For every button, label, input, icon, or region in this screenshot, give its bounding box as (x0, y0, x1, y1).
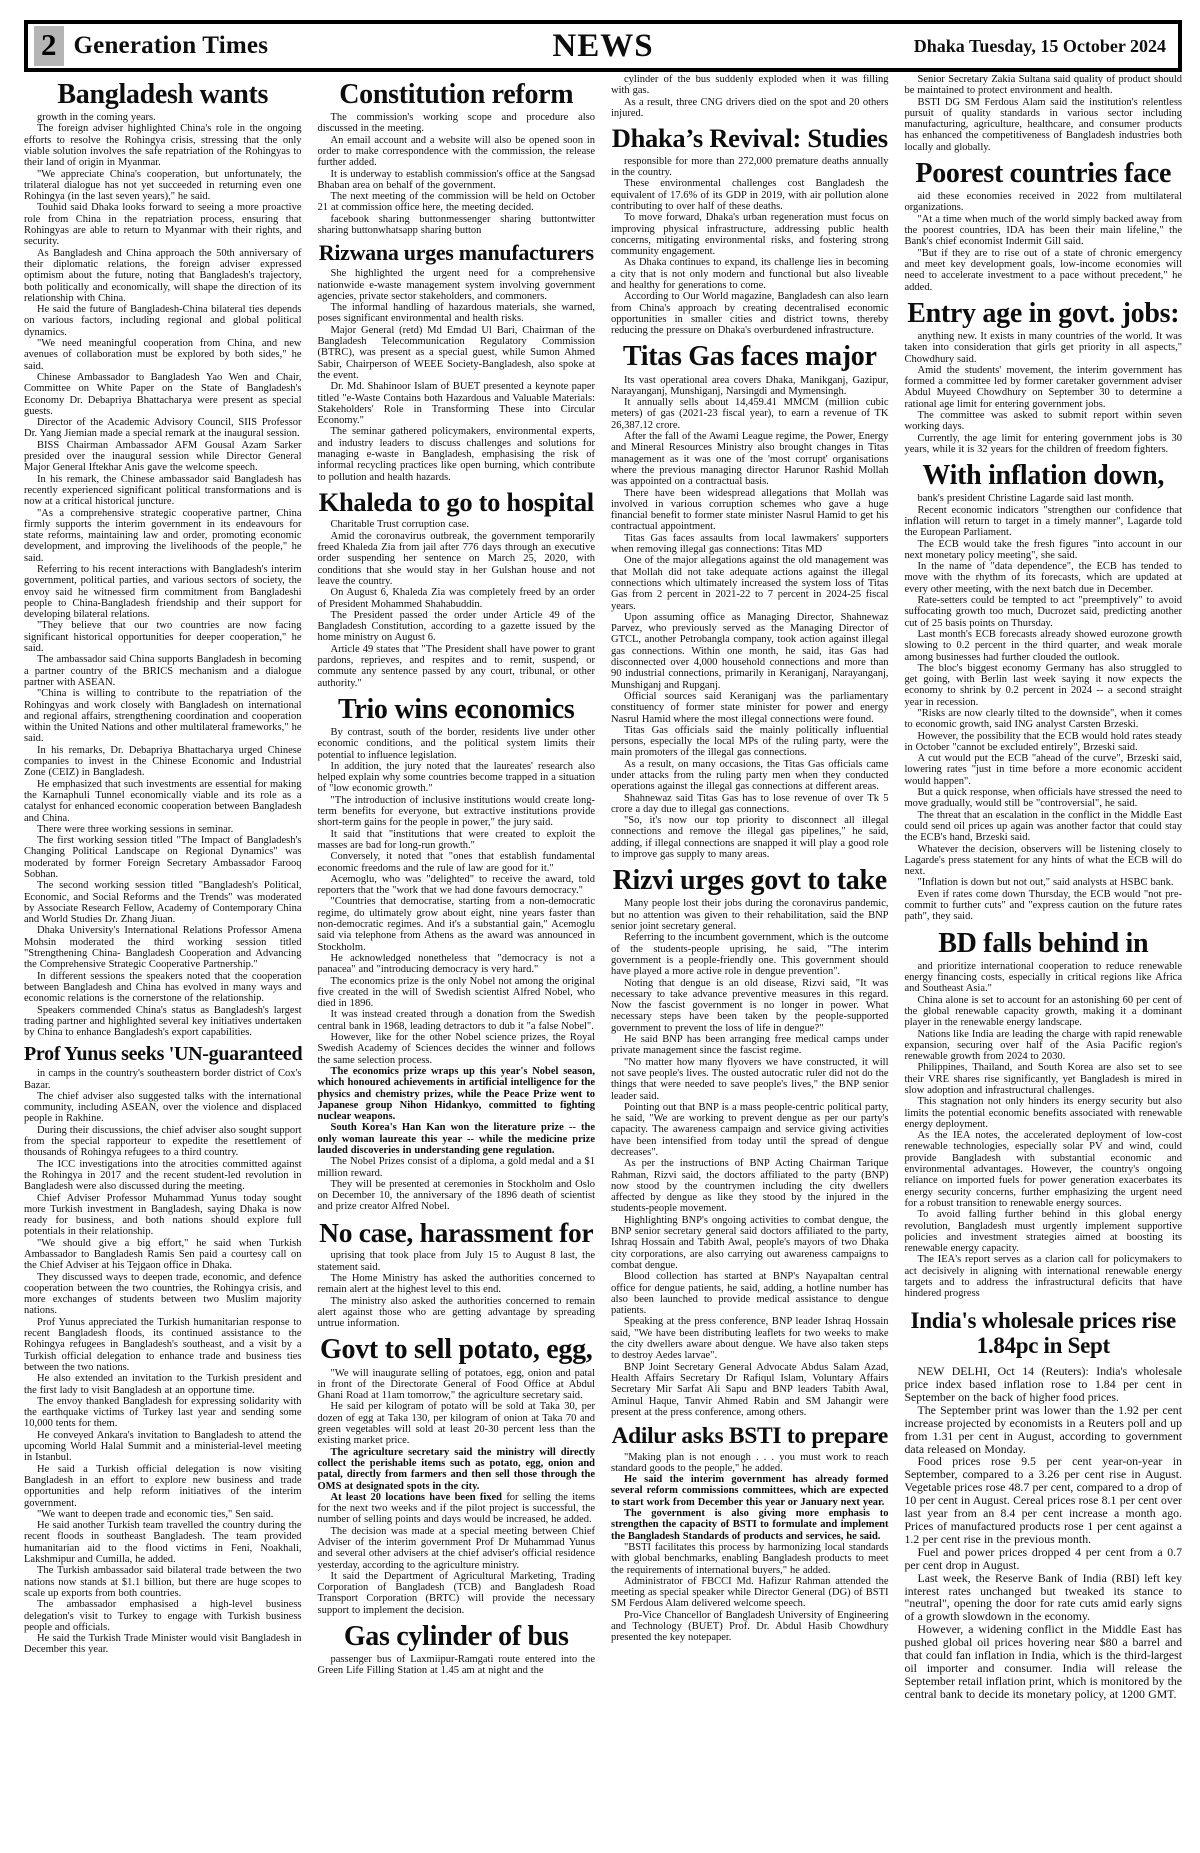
article-paragraph: Whatever the decision, observers will be… (905, 844, 1183, 878)
article-paragraph: The committee was asked to submit report… (905, 410, 1183, 433)
article-headline: Titas Gas faces major (611, 342, 889, 371)
article-paragraph: He conveyed Ankara's invitation to Bangl… (24, 1430, 302, 1464)
article-prof-yunus-seeks: Prof Yunus seeks 'UN-guaranteedin camps … (24, 1044, 302, 1655)
column-1: Bangladesh wantsgrowth in the coming yea… (24, 74, 302, 1847)
article-paragraph: The ECB would take the fresh figures "in… (905, 539, 1183, 562)
article-paragraph: There have been widespread allegations t… (611, 488, 889, 533)
article-paragraph: BSTI DG SM Ferdous Alam said the institu… (905, 97, 1183, 153)
article-paragraph: in camps in the country's southeastern b… (24, 1068, 302, 1091)
article-paragraph: facebook sharing buttonmessenger sharing… (318, 214, 596, 237)
column-4: Senior Secretary Zakia Sultana said qual… (905, 74, 1183, 1847)
article-paragraph: It was instead created through a donatio… (318, 1009, 596, 1032)
article-poorest-countries: Poorest countries faceaid these economie… (905, 159, 1183, 293)
article-paragraph: Highlighting BNP's ongoing activities to… (611, 1215, 889, 1271)
article-headline: With inflation down, (905, 461, 1183, 490)
article-paragraph: The Home Ministry has asked the authorit… (318, 1273, 596, 1296)
article-paragraph: He also extended an invitation to the Tu… (24, 1373, 302, 1396)
article-paragraph: "We need meaningful cooperation from Chi… (24, 338, 302, 372)
article-paragraph: One of the major allegations against the… (611, 555, 889, 611)
article-paragraph: Amid the coronavirus outbreak, the gover… (318, 531, 596, 587)
article-paragraph: Rate-setters could be tempted to act "pr… (905, 595, 1183, 629)
article-paragraph: "We will inaugurate selling of potatoes,… (318, 1368, 596, 1402)
article-paragraph: "China is willing to contribute to the r… (24, 688, 302, 744)
article-paragraph: Amid the students' movement, the interim… (905, 365, 1183, 410)
article-paragraph: Noting that dengue is an old disease, Ri… (611, 978, 889, 1034)
article-paragraph: Dr. Md. Shahinoor Islam of BUET presente… (318, 381, 596, 426)
article-paragraph: The President passed the order under Art… (318, 610, 596, 644)
article-paragraph: BISS Chairman Ambassador AFM Gousal Azam… (24, 440, 302, 474)
article-adilur-asks-bsti: Adilur asks BSTI to prepare"Making plan … (611, 1424, 889, 1643)
article-paragraph: anything new. It exists in many countrie… (905, 331, 1183, 365)
article-headline: Govt to sell potato, egg, (318, 1335, 596, 1364)
column-3: cylinder of the bus suddenly exploded wh… (611, 74, 889, 1847)
article-paragraph: The seminar gathered policymakers, envir… (318, 426, 596, 482)
article-paragraph: aid these economies received in 2022 fro… (905, 191, 1183, 214)
article-paragraph: However, a widening conflict in the Midd… (905, 1623, 1183, 1700)
article-paragraph: "Inflation is down but not out," said an… (905, 877, 1183, 888)
article-paragraph: Upon assuming office as Managing Directo… (611, 612, 889, 691)
article-paragraph: There were three working sessions in sem… (24, 824, 302, 835)
article-headline: Bangladesh wants (24, 80, 302, 109)
article-paragraph: Referring to his recent interactions wit… (24, 564, 302, 620)
article-paragraph: At least 20 locations have been fixed fo… (318, 1492, 596, 1526)
article-paragraph: However, the possibility that the ECB wo… (905, 731, 1183, 754)
article-paragraph: These environmental challenges cost Bang… (611, 178, 889, 212)
article-headline: Rizwana urges manufacturers (318, 242, 596, 265)
article-paragraph: As Dhaka continues to expand, its challe… (611, 257, 889, 291)
article-paragraph: "Risks are now clearly tilted to the dow… (905, 708, 1183, 731)
article-paragraph: However, like for the other Nobel scienc… (318, 1032, 596, 1066)
article-paragraph: The ambassador said China supports Bangl… (24, 654, 302, 688)
article-paragraph: As per the instructions of BNP Acting Ch… (611, 1158, 889, 1214)
article-paragraph: The threat that an escalation in the con… (905, 810, 1183, 844)
article-paragraph: In different sessions the speakers noted… (24, 971, 302, 1005)
article-headline: BD falls behind in (905, 929, 1183, 958)
article-paragraph: As a result, on many occasions, the Tita… (611, 759, 889, 793)
article-paragraph: Chief Adviser Professor Muhammad Yunus t… (24, 1193, 302, 1238)
article-paragraph: The informal handling of hazardous mater… (318, 302, 596, 325)
article-paragraph: He emphasized that such investments are … (24, 779, 302, 824)
article-paragraph: The next meeting of the commission will … (318, 191, 596, 214)
article-headline: Trio wins economics (318, 695, 596, 724)
article-paragraph: "As a comprehensive strategic cooperativ… (24, 508, 302, 564)
article-paragraph: "They believe that our two countries are… (24, 620, 302, 654)
paragraph-lead: At least 20 locations have been fixed (331, 1492, 503, 1503)
article-paragraph: "BSTI facilitates this process by harmon… (611, 1542, 889, 1576)
article-paragraph: bank's president Christine Lagarde said … (905, 493, 1183, 504)
article-paragraph: They will be presented at ceremonies in … (318, 1179, 596, 1213)
article-paragraph: It annually sells about 14,459.41 MMCM (… (611, 397, 889, 431)
article-titas-gas: Titas Gas faces majorIts vast operationa… (611, 342, 889, 860)
article-paragraph: The Turkish ambassador said bilateral tr… (24, 1565, 302, 1599)
article-paragraph: The commission's working scope and proce… (318, 112, 596, 135)
article-entry-age-govt-jobs: Entry age in govt. jobs:anything new. It… (905, 299, 1183, 455)
article-paragraph: Philippines, Thailand, and South Korea a… (905, 1062, 1183, 1096)
article-paragraph: Acemoglu, who was "delighted" to receive… (318, 874, 596, 897)
article-paragraph: "We should give a big effort," he said w… (24, 1238, 302, 1272)
article-paragraph: Fuel and power prices dropped 4 per cent… (905, 1546, 1183, 1572)
article-paragraph: and prioritize international cooperation… (905, 961, 1183, 995)
article-paragraph: "We want to deepen trade and economic ti… (24, 1509, 302, 1520)
article-paragraph: The chief adviser also suggested talks w… (24, 1091, 302, 1125)
article-paragraph: Administrator of FBCCI Md. Hafizur Rahma… (611, 1576, 889, 1610)
article-paragraph: In the name of "data dependence", the EC… (905, 561, 1183, 595)
article-no-case-harassment: No case, harassment foruprising that too… (318, 1219, 596, 1330)
article-govt-sell-potato: Govt to sell potato, egg,"We will inaugu… (318, 1335, 596, 1616)
article-paragraph: As the IEA notes, the accelerated deploy… (905, 1130, 1183, 1209)
article-paragraph: A cut would put the ECB "ahead of the cu… (905, 753, 1183, 787)
article-paragraph: passenger bus of Laxmiipur-Ramgati route… (318, 1654, 596, 1677)
article-paragraph: She highlighted the urgent need for a co… (318, 268, 596, 302)
article-paragraph: To move forward, Dhaka's urban regenerat… (611, 212, 889, 257)
article-paragraph: Blood collection has started at BNP's Na… (611, 1271, 889, 1316)
article-gas-cylinder-continuation: cylinder of the bus suddenly exploded wh… (611, 74, 889, 119)
article-paragraph: "So, it's now our top priority to discon… (611, 815, 889, 860)
article-rizwana-urges: Rizwana urges manufacturersShe highlight… (318, 242, 596, 483)
article-headline: Rizvi urges govt to take (611, 866, 889, 895)
article-bd-falls-behind: BD falls behind inand prioritize interna… (905, 929, 1183, 1300)
article-paragraph: "Countries that democratise, starting fr… (318, 896, 596, 952)
article-paragraph: Even if rates come down Thursday, the EC… (905, 889, 1183, 923)
article-paragraph: Titas Gas faces assaults from local lawm… (611, 533, 889, 556)
article-paragraph: Last week, the Reserve Bank of India (RB… (905, 1572, 1183, 1624)
article-paragraph: Prof Yunus appreciated the Turkish human… (24, 1317, 302, 1373)
article-paragraph: After the fall of the Awami League regim… (611, 431, 889, 487)
article-headline: Adilur asks BSTI to prepare (611, 1424, 889, 1448)
article-paragraph: Official sources said Keraniganj was the… (611, 691, 889, 725)
article-headline: Entry age in govt. jobs: (905, 299, 1183, 328)
article-paragraph: The September print was lower than the 1… (905, 1404, 1183, 1456)
article-paragraph: He said a Turkish official delegation is… (24, 1464, 302, 1509)
article-paragraph: cylinder of the bus suddenly exploded wh… (611, 74, 889, 97)
article-khaleda-hospital: Khaleda to go to hospitalCharitable Trus… (318, 489, 596, 689)
article-paragraph: In his remarks, Dr. Debapriya Bhattachar… (24, 745, 302, 779)
column-2: Constitution reformThe commission's work… (318, 74, 596, 1847)
article-headline: Dhaka’s Revival: Studies (611, 125, 889, 153)
article-paragraph: "No matter how many flyovers we have con… (611, 1057, 889, 1102)
article-paragraph: The foreign adviser highlighted China's … (24, 123, 302, 168)
article-headline: India's wholesale prices rise 1.84pc in … (905, 1308, 1183, 1360)
article-paragraph: Touhid said Dhaka looks forward to seein… (24, 202, 302, 247)
article-headline: Poorest countries face (905, 159, 1183, 188)
article-bangladesh-wants: Bangladesh wantsgrowth in the coming yea… (24, 80, 302, 1038)
article-paragraph: He said the future of Bangladesh-China b… (24, 304, 302, 338)
article-paragraph: During their discussions, the chief advi… (24, 1125, 302, 1159)
article-paragraph: The decision was made at a special meeti… (318, 1526, 596, 1571)
article-paragraph: The economics prize wraps up this year's… (318, 1066, 596, 1122)
article-paragraph: But a quick response, when officials hav… (905, 787, 1183, 810)
article-paragraph: "At a time when much of the world simply… (905, 214, 1183, 248)
article-paragraph: growth in the coming years. (24, 112, 302, 123)
newspaper-page: 2 Generation Times NEWS Dhaka Tuesday, 1… (0, 0, 1200, 1853)
article-paragraph: The Nobel Prizes consist of a diploma, a… (318, 1156, 596, 1179)
article-dhakas-revival: Dhaka’s Revival: Studiesresponsible for … (611, 125, 889, 336)
article-paragraph: The ministry also asked the authorities … (318, 1296, 596, 1330)
article-paragraph: He said the interim government has alrea… (611, 1474, 889, 1508)
article-paragraph: Speakers commended China's status as Ban… (24, 1005, 302, 1039)
article-paragraph: "Making plan is not enough . . . you mus… (611, 1452, 889, 1475)
article-paragraph: Pointing out that BNP is a mass people-c… (611, 1102, 889, 1158)
article-paragraph: "The introduction of inclusive instituti… (318, 795, 596, 829)
article-paragraph: As a result, three CNG drivers died on t… (611, 97, 889, 120)
article-headline: Gas cylinder of bus (318, 1622, 596, 1651)
article-paragraph: Director of the Academic Advisory Counci… (24, 417, 302, 440)
article-india-wholesale-prices: India's wholesale prices rise 1.84pc in … (905, 1308, 1183, 1701)
article-headline: Khaleda to go to hospital (318, 489, 596, 517)
article-paragraph: The government is also giving more empha… (611, 1508, 889, 1542)
article-paragraph: Conversely, it noted that "ones that est… (318, 851, 596, 874)
article-paragraph: The ICC investigations into the atrociti… (24, 1159, 302, 1193)
article-paragraph: Recent economic indicators "strengthen o… (905, 505, 1183, 539)
article-trio-wins-economics: Trio wins economicsBy contrast, south of… (318, 695, 596, 1213)
article-paragraph: "We appreciate China's cooperation, but … (24, 169, 302, 203)
article-paragraph: Charitable Trust corruption case. (318, 519, 596, 530)
article-paragraph: Speaking at the press conference, BNP le… (611, 1316, 889, 1361)
article-paragraph: South Korea's Han Kan won the literature… (318, 1122, 596, 1156)
article-paragraph: The second working session titled "Bangl… (24, 880, 302, 925)
article-headline: No case, harassment for (318, 1219, 596, 1248)
article-paragraph: Shahnewaz said Titas Gas has to lose rev… (611, 793, 889, 816)
article-paragraph: Currently, the age limit for entering go… (905, 433, 1183, 456)
article-paragraph: uprising that took place from July 15 to… (318, 1250, 596, 1273)
article-paragraph: An email account and a website will also… (318, 135, 596, 169)
article-paragraph: Dhaka University's International Relatio… (24, 925, 302, 970)
article-paragraph: It said the Department of Agricultural M… (318, 1571, 596, 1616)
article-paragraph: BNP Joint Secretary General Advocate Abd… (611, 1362, 889, 1418)
article-constitution-reform: Constitution reformThe commission's work… (318, 80, 596, 236)
article-paragraph: The agriculture secretary said the minis… (318, 1447, 596, 1492)
article-paragraph: Chinese Ambassador to Bangladesh Yao Wen… (24, 372, 302, 417)
article-paragraph: In addition, the jury noted that the lau… (318, 761, 596, 795)
dateline: Dhaka Tuesday, 15 October 2024 (914, 36, 1178, 57)
article-rizvi-urges: Rizvi urges govt to takeMany people lost… (611, 866, 889, 1418)
masthead-header: 2 Generation Times NEWS Dhaka Tuesday, 1… (24, 20, 1182, 72)
article-paragraph: They discussed ways to deepen trade, eco… (24, 1272, 302, 1317)
article-paragraph: He said per kilogram of potato will be s… (318, 1401, 596, 1446)
article-paragraph: It said that "institutions that were cre… (318, 829, 596, 852)
article-paragraph: The bloc's biggest economy Germany has a… (905, 663, 1183, 708)
article-paragraph: responsible for more than 272,000 premat… (611, 156, 889, 179)
article-paragraph: He said another Turkish team travelled t… (24, 1520, 302, 1565)
article-paragraph: Major General (retd) Md Emdad Ul Bari, C… (318, 325, 596, 381)
article-with-inflation-down: With inflation down,bank's president Chr… (905, 461, 1183, 922)
article-paragraph: He said the Turkish Trade Minister would… (24, 1633, 302, 1656)
article-paragraph: It is underway to establish commission's… (318, 169, 596, 192)
article-headline: Constitution reform (318, 80, 596, 109)
article-paragraph: The economics prize is the only Nobel no… (318, 976, 596, 1010)
article-paragraph: According to Our World magazine, Banglad… (611, 291, 889, 336)
article-paragraph: Its vast operational area covers Dhaka, … (611, 375, 889, 398)
article-paragraph: Pro-Vice Chancellor of Bangladesh Univer… (611, 1610, 889, 1644)
article-paragraph: This stagnation not only hinders its ene… (905, 1096, 1183, 1130)
article-paragraph: China alone is set to account for an ast… (905, 995, 1183, 1029)
article-paragraph: The ambassador emphasised a high-level b… (24, 1599, 302, 1633)
article-paragraph: By contrast, south of the border, reside… (318, 727, 596, 761)
article-paragraph: As Bangladesh and China approach the 50t… (24, 248, 302, 304)
article-paragraph: NEW DELHI, Oct 14 (Reuters): India's who… (905, 1365, 1183, 1404)
article-paragraph: In his remark, the Chinese ambassador sa… (24, 474, 302, 508)
article-paragraph: Referring to the incumbent government, w… (611, 932, 889, 977)
article-columns: Bangladesh wantsgrowth in the coming yea… (24, 74, 1182, 1847)
article-gas-cylinder-bus: Gas cylinder of buspassenger bus of Laxm… (318, 1622, 596, 1677)
article-bsti-continuation: Senior Secretary Zakia Sultana said qual… (905, 74, 1183, 153)
article-paragraph: The envoy thanked Bangladesh for express… (24, 1396, 302, 1430)
article-paragraph: Article 49 states that "The President sh… (318, 644, 596, 689)
article-paragraph: He said BNP has been arranging free medi… (611, 1034, 889, 1057)
article-paragraph: "But if they are to rise out of a state … (905, 248, 1183, 293)
article-paragraph: Nations like India are leading the charg… (905, 1029, 1183, 1063)
article-paragraph: On August 6, Khaleda Zia was completely … (318, 587, 596, 610)
article-paragraph: He acknowledged nonetheless that "democr… (318, 953, 596, 976)
article-paragraph: To avoid falling further behind in this … (905, 1209, 1183, 1254)
article-paragraph: Titas Gas officials said the mainly poli… (611, 725, 889, 759)
article-paragraph: The IEA's report serves as a clarion cal… (905, 1254, 1183, 1299)
article-paragraph: Senior Secretary Zakia Sultana said qual… (905, 74, 1183, 97)
article-paragraph: Many people lost their jobs during the c… (611, 898, 889, 932)
article-headline: Prof Yunus seeks 'UN-guaranteed (24, 1044, 302, 1065)
article-paragraph: Last month's ECB forecasts already showe… (905, 629, 1183, 663)
article-paragraph: Food prices rose 9.5 per cent year-on-ye… (905, 1455, 1183, 1545)
article-paragraph: The first working session titled "The Im… (24, 835, 302, 880)
